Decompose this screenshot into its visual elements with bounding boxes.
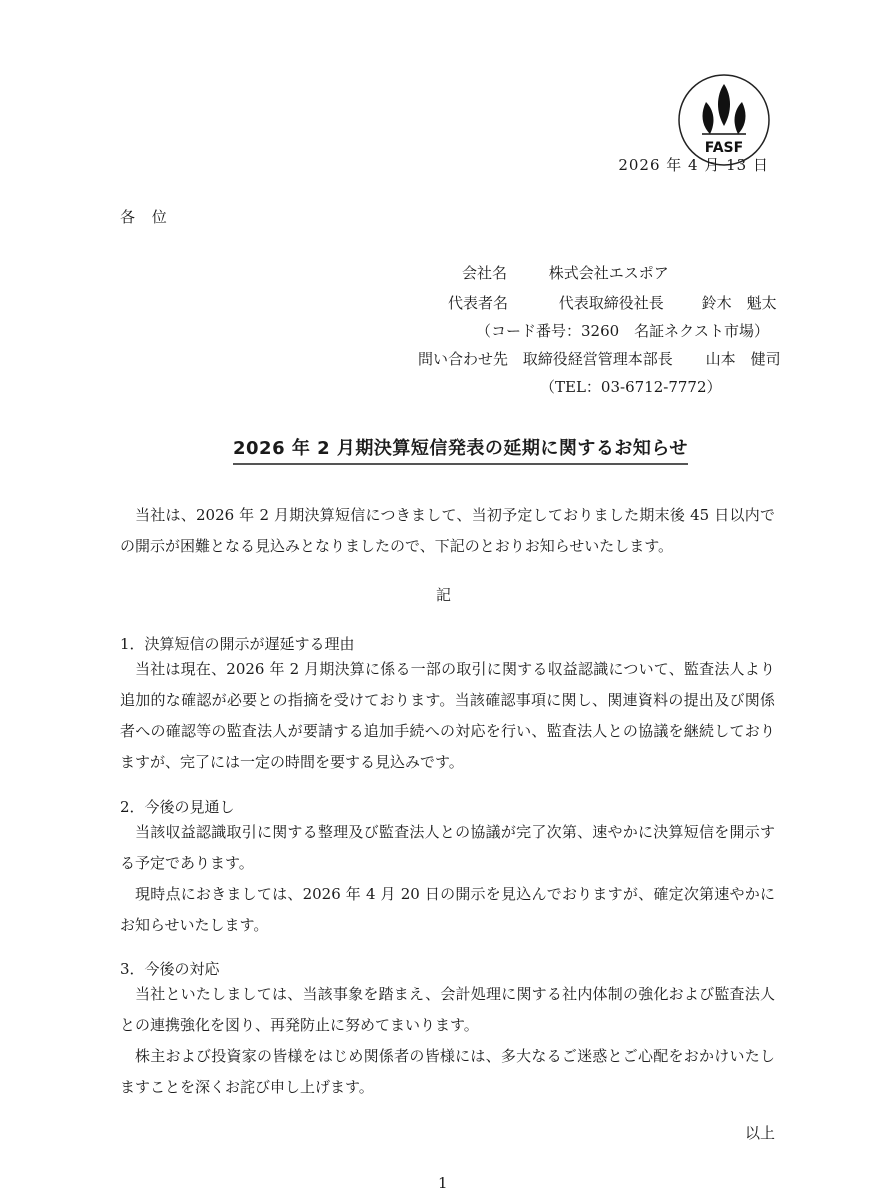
section-3-heading: 3．今後の対応 bbox=[120, 958, 220, 979]
tel-line: （TEL：03-6712-7772） bbox=[540, 376, 722, 397]
intro-text: 当社は、2026 年 2 月期決算短信につきまして、当初予定しておりました期末後… bbox=[120, 500, 775, 562]
contact-name: 山本 健司 bbox=[706, 348, 781, 369]
ki-marker: 記 bbox=[436, 584, 451, 605]
section-1-paragraph: 当社は現在、2026 年 2 月期決算に係る一部の取引に関する収益認識について、… bbox=[120, 654, 775, 778]
section-3-body: 当社といたしましては、当該事象を踏まえ、会計処理に関する社内体制の強化および監査… bbox=[120, 979, 775, 1103]
document-date: 2026 年 4 月 13 日 bbox=[618, 154, 769, 175]
page-title: 2026 年 2 月期決算短信発表の延期に関するお知らせ bbox=[233, 434, 688, 465]
representative-label: 代表者名 bbox=[448, 292, 554, 313]
company-name-label: 会社名 bbox=[462, 262, 544, 283]
representative-name: 鈴木 魁太 bbox=[702, 292, 777, 313]
contact-row: 問い合わせ先 取締役経営管理本部長 山本 健司 bbox=[418, 348, 781, 369]
contact-label: 問い合わせ先 bbox=[418, 348, 518, 369]
section-1-body: 当社は現在、2026 年 2 月期決算に係る一部の取引に関する収益認識について、… bbox=[120, 654, 775, 778]
contact-title: 取締役経営管理本部長 bbox=[523, 348, 701, 369]
section-2-body: 当該収益認識取引に関する整理及び監査法人との協議が完了次第、速やかに決算短信を開… bbox=[120, 817, 775, 941]
representative-row: 代表者名 代表取締役社長 鈴木 魁太 bbox=[448, 292, 777, 313]
representative-title: 代表取締役社長 bbox=[559, 292, 697, 313]
stock-code-line: （コード番号：3260 名証ネクスト市場） bbox=[476, 320, 769, 341]
company-name-row: 会社名 株式会社エスポア bbox=[462, 262, 669, 283]
addressee: 各 位 bbox=[120, 206, 173, 227]
section-3-paragraph-1: 当社といたしましては、当該事象を踏まえ、会計処理に関する社内体制の強化および監査… bbox=[120, 979, 775, 1041]
section-2-paragraph-1: 当該収益認識取引に関する整理及び監査法人との協議が完了次第、速やかに決算短信を開… bbox=[120, 817, 775, 879]
closing-mark: 以上 bbox=[745, 1122, 775, 1143]
intro-paragraph: 当社は、2026 年 2 月期決算短信につきまして、当初予定しておりました期末後… bbox=[120, 500, 775, 562]
section-2-heading: 2．今後の見通し bbox=[120, 796, 235, 817]
section-1-heading: 1．決算短信の開示が遅延する理由 bbox=[120, 633, 355, 654]
company-name: 株式会社エスポア bbox=[549, 262, 669, 283]
section-3-paragraph-2: 株主および投資家の皆様をはじめ関係者の皆様には、多大なるご迷惑とご心配をおかけい… bbox=[120, 1041, 775, 1103]
page-number: 1 bbox=[438, 1174, 448, 1192]
section-2-paragraph-2: 現時点におきましては、2026 年 4 月 20 日の開示を見込んでおりますが、… bbox=[120, 879, 775, 941]
